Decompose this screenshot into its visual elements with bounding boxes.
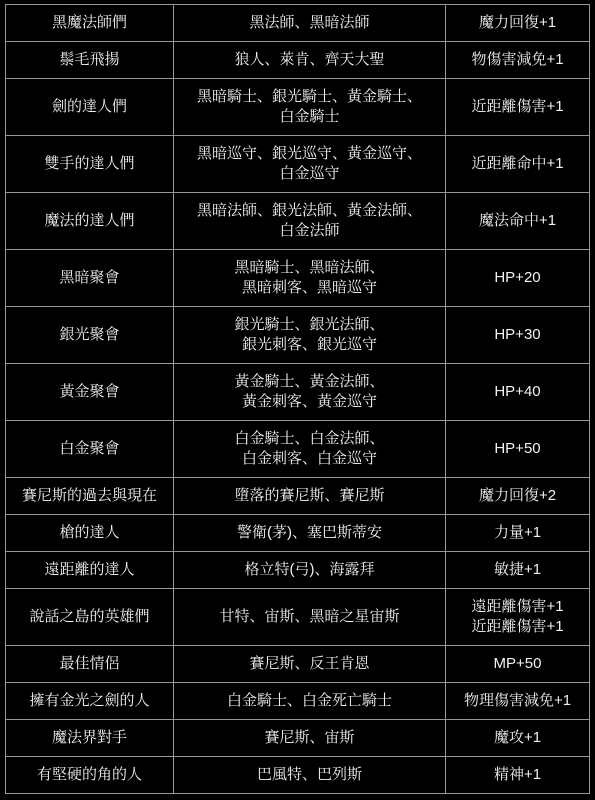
combo-effect-cell: 魔法命中+1 (446, 193, 590, 250)
table-row: 槍的達人 警衛(茅)、塞巴斯蒂安 力量+1 (6, 515, 590, 552)
combo-effect-cell: HP+20 (446, 250, 590, 307)
combo-effect-cell: 近距離命中+1 (446, 136, 590, 193)
combo-effect-cell: 物理傷害減免+1 (446, 683, 590, 720)
combo-name-cell: 黑暗聚會 (6, 250, 174, 307)
combo-name-cell: 賽尼斯的過去與現在 (6, 478, 174, 515)
table-row: 雙手的達人們 黑暗巡守、銀光巡守、黃金巡守、 白金巡守 近距離命中+1 (6, 136, 590, 193)
combo-name-cell: 白金聚會 (6, 421, 174, 478)
table-row: 有堅硬的角的人 巴風特、巴列斯 精神+1 (6, 757, 590, 794)
table-row: 劍的達人們 黑暗騎士、銀光騎士、黃金騎士、 白金騎士 近距離傷害+1 (6, 79, 590, 136)
table-row: 黑暗聚會 黑暗騎士、黑暗法師、 黑暗刺客、黑暗巡守 HP+20 (6, 250, 590, 307)
combo-name-cell: 銀光聚會 (6, 307, 174, 364)
table-row: 白金聚會 白金騎士、白金法師、 白金刺客、白金巡守 HP+50 (6, 421, 590, 478)
combo-members-cell: 賽尼斯、反王肯恩 (174, 646, 446, 683)
combo-members-cell: 格立特(弓)、海露拜 (174, 552, 446, 589)
combo-effect-cell: MP+50 (446, 646, 590, 683)
combo-members-cell: 黑暗騎士、黑暗法師、 黑暗刺客、黑暗巡守 (174, 250, 446, 307)
combo-members-cell: 甘特、宙斯、黑暗之星宙斯 (174, 589, 446, 646)
combo-table: 黑魔法師們 黑法師、黑暗法師 魔力回復+1 鬃毛飛揚 狼人、萊肯、齊天大聖 物傷… (5, 4, 590, 794)
combo-effect-cell: 敏捷+1 (446, 552, 590, 589)
combo-name-cell: 說話之島的英雄們 (6, 589, 174, 646)
combo-members-cell: 巴風特、巴列斯 (174, 757, 446, 794)
table-row: 魔法界對手 賽尼斯、宙斯 魔攻+1 (6, 720, 590, 757)
combo-members-cell: 黑暗法師、銀光法師、黃金法師、 白金法師 (174, 193, 446, 250)
combo-members-cell: 銀光騎士、銀光法師、 銀光刺客、銀光巡守 (174, 307, 446, 364)
combo-effect-cell: 力量+1 (446, 515, 590, 552)
combo-members-cell: 黃金騎士、黃金法師、 黃金刺客、黃金巡守 (174, 364, 446, 421)
combo-effect-cell: 魔力回復+2 (446, 478, 590, 515)
combo-name-cell: 劍的達人們 (6, 79, 174, 136)
table-row: 魔法的達人們 黑暗法師、銀光法師、黃金法師、 白金法師 魔法命中+1 (6, 193, 590, 250)
combo-effect-cell: 魔攻+1 (446, 720, 590, 757)
combo-table-body: 黑魔法師們 黑法師、黑暗法師 魔力回復+1 鬃毛飛揚 狼人、萊肯、齊天大聖 物傷… (6, 5, 590, 794)
combo-effect-cell: 遠距離傷害+1 近距離傷害+1 (446, 589, 590, 646)
combo-members-cell: 白金騎士、白金死亡騎士 (174, 683, 446, 720)
combo-members-cell: 黑暗騎士、銀光騎士、黃金騎士、 白金騎士 (174, 79, 446, 136)
combo-members-cell: 狼人、萊肯、齊天大聖 (174, 42, 446, 79)
table-row: 黃金聚會 黃金騎士、黃金法師、 黃金刺客、黃金巡守 HP+40 (6, 364, 590, 421)
combo-name-cell: 黑魔法師們 (6, 5, 174, 42)
combo-effect-cell: 近距離傷害+1 (446, 79, 590, 136)
combo-effect-cell: HP+50 (446, 421, 590, 478)
table-row: 黑魔法師們 黑法師、黑暗法師 魔力回復+1 (6, 5, 590, 42)
table-row: 遠距離的達人 格立特(弓)、海露拜 敏捷+1 (6, 552, 590, 589)
combo-name-cell: 魔法界對手 (6, 720, 174, 757)
combo-name-cell: 黃金聚會 (6, 364, 174, 421)
table-row: 擁有金光之劍的人 白金騎士、白金死亡騎士 物理傷害減免+1 (6, 683, 590, 720)
combo-name-cell: 遠距離的達人 (6, 552, 174, 589)
combo-members-cell: 黑暗巡守、銀光巡守、黃金巡守、 白金巡守 (174, 136, 446, 193)
combo-members-cell: 警衛(茅)、塞巴斯蒂安 (174, 515, 446, 552)
combo-members-cell: 賽尼斯、宙斯 (174, 720, 446, 757)
combo-members-cell: 黑法師、黑暗法師 (174, 5, 446, 42)
table-row: 說話之島的英雄們 甘特、宙斯、黑暗之星宙斯 遠距離傷害+1 近距離傷害+1 (6, 589, 590, 646)
combo-effect-cell: 物傷害減免+1 (446, 42, 590, 79)
combo-effect-cell: HP+40 (446, 364, 590, 421)
table-row: 最佳情侶 賽尼斯、反王肯恩 MP+50 (6, 646, 590, 683)
combo-name-cell: 魔法的達人們 (6, 193, 174, 250)
combo-effect-cell: 精神+1 (446, 757, 590, 794)
table-row: 鬃毛飛揚 狼人、萊肯、齊天大聖 物傷害減免+1 (6, 42, 590, 79)
combo-name-cell: 最佳情侶 (6, 646, 174, 683)
combo-name-cell: 槍的達人 (6, 515, 174, 552)
combo-members-cell: 墮落的賽尼斯、賽尼斯 (174, 478, 446, 515)
combo-name-cell: 雙手的達人們 (6, 136, 174, 193)
table-row: 賽尼斯的過去與現在 墮落的賽尼斯、賽尼斯 魔力回復+2 (6, 478, 590, 515)
combo-effect-cell: 魔力回復+1 (446, 5, 590, 42)
combo-effect-cell: HP+30 (446, 307, 590, 364)
combo-members-cell: 白金騎士、白金法師、 白金刺客、白金巡守 (174, 421, 446, 478)
combo-name-cell: 鬃毛飛揚 (6, 42, 174, 79)
table-row: 銀光聚會 銀光騎士、銀光法師、 銀光刺客、銀光巡守 HP+30 (6, 307, 590, 364)
combo-name-cell: 擁有金光之劍的人 (6, 683, 174, 720)
combo-name-cell: 有堅硬的角的人 (6, 757, 174, 794)
